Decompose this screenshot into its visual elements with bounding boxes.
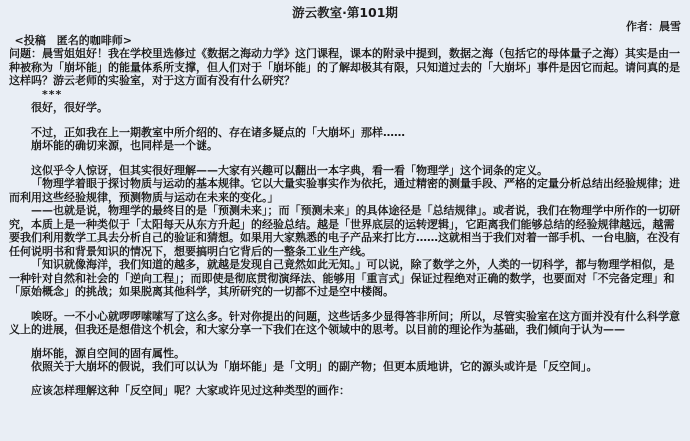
section-divider: *** xyxy=(9,88,681,102)
answer-paragraph: 「物理学着眼于探讨物质与运动的基本规律。它以大量实验事实作为依托，通过精密的测量… xyxy=(9,177,681,204)
submission-header: <投稿 匿名的咖啡师> xyxy=(9,34,681,48)
answer-group: 不过，正如我在上一期教室中所介绍的、存在诸多疑点的「大崩坏」那样…… 崩坏能的确… xyxy=(9,126,681,153)
answer-paragraph: 不过，正如我在上一期教室中所介绍的、存在诸多疑点的「大崩坏」那样…… xyxy=(9,126,681,140)
answer-paragraph: 崩坏能，源自空间的固有属性。 xyxy=(9,347,681,361)
document-page: 游云教室·第101期 作者：晨雪 <投稿 匿名的咖啡师> 问题：晨雪姐姐好！我在… xyxy=(0,0,690,441)
question-text: 问题：晨雪姐姐好！我在学校里选修过《数据之海动力学》这门课程，课本的附录中提到，… xyxy=(9,47,681,88)
answer-paragraph: ——也就是说，物理学的最终目的是「预测未来」；而「预测未来」的具体途径是「总结规… xyxy=(9,204,681,258)
answer-paragraph: 「知识就像海洋，我们知道的越多，就越是发现自己竟然如此无知。」可以说，除了数学之… xyxy=(9,258,681,299)
author-line: 作者：晨雪 xyxy=(9,20,681,34)
answer-group: 应该怎样理解这种「反空间」呢？大家或许见过这种类型的画作： xyxy=(9,384,681,398)
answer-group: 崩坏能，源自空间的固有属性。 依照关于大崩坏的假说，我们可以认为「崩坏能」是「文… xyxy=(9,347,681,374)
answer-paragraph: 唉呀。一不小心就啰啰嗦嗦写了这么多。针对你提出的问题，这些话多少显得答非所问；所… xyxy=(9,310,681,337)
answer-group: 这似乎令人惊讶，但其实很好理解——大家有兴趣可以翻出一本字典，看一看「物理学」这… xyxy=(9,164,681,299)
answer-paragraph: 应该怎样理解这种「反空间」呢？大家或许见过这种类型的画作： xyxy=(9,384,681,398)
answer-paragraph: 依照关于大崩坏的假说，我们可以认为「崩坏能」是「文明」的副产物；但更本质地讲，它… xyxy=(9,360,681,374)
answer-paragraph: 这似乎令人惊讶，但其实很好理解——大家有兴趣可以翻出一本字典，看一看「物理学」这… xyxy=(9,164,681,178)
answer-paragraph: 很好，很好学。 xyxy=(9,101,681,115)
answer-paragraph: 崩坏能的确切来源，也同样是一个谜。 xyxy=(9,139,681,153)
answer-group: 很好，很好学。 xyxy=(9,101,681,115)
page-title: 游云教室·第101期 xyxy=(9,5,681,20)
answer-group: 唉呀。一不小心就啰啰嗦嗦写了这么多。针对你提出的问题，这些话多少显得答非所问；所… xyxy=(9,310,681,337)
